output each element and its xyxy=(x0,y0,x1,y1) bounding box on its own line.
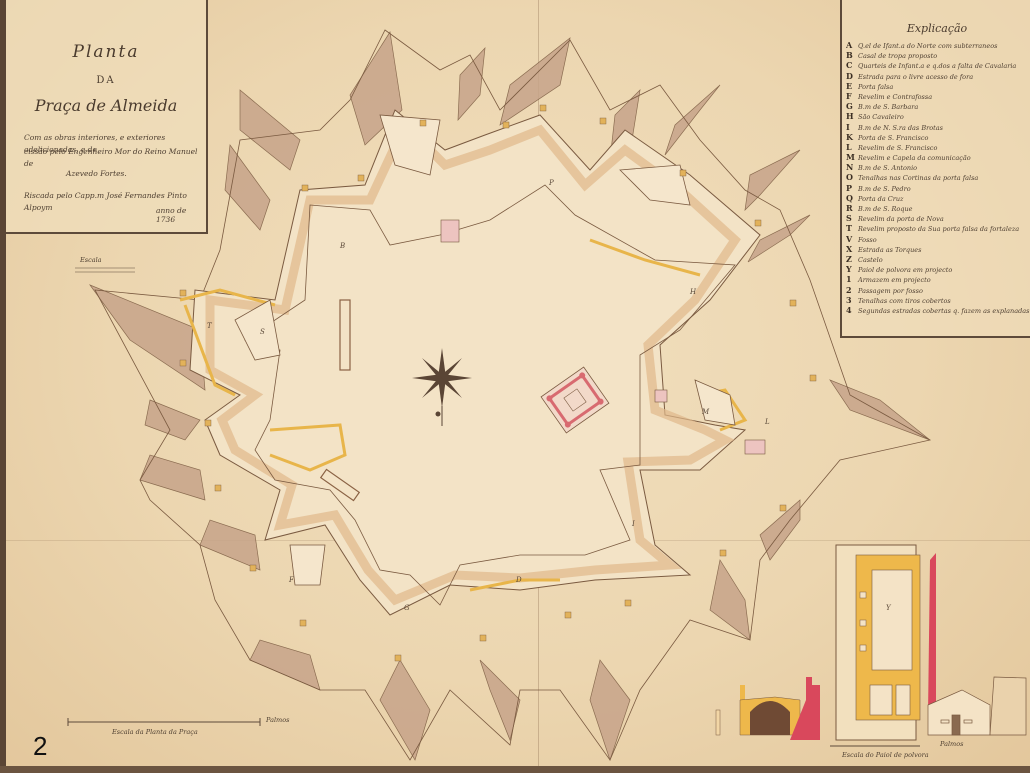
legend-item: OTenalhas nas Cortinas da porta falsa xyxy=(846,172,1030,182)
small-scale-label: Escala xyxy=(80,256,102,264)
legend-item: ZCastelo xyxy=(846,254,1030,264)
legend-item: 4Segundas estradas cobertas q. fazem as … xyxy=(846,305,1030,315)
legend-panel: Explicação AQ.el de Ifant.a do Norte com… xyxy=(840,0,1030,338)
main-scale-label: Escala da Planta da Praça xyxy=(112,728,198,736)
legend-item: HSão Cavaleiro xyxy=(846,111,1030,121)
map-label-h: H xyxy=(690,288,696,296)
legend-item: PB.m de S. Pedro xyxy=(846,183,1030,193)
title-praca: Praça de Almeida xyxy=(6,96,206,115)
sheet-edge-bottom xyxy=(0,766,1030,773)
legend-list: AQ.el de Ifant.a do Norte com subterrane… xyxy=(846,40,1030,315)
legend-item: LRevelim de S. Francisco xyxy=(846,142,1030,152)
powder-magazine-section xyxy=(716,677,820,740)
main-scale-bar xyxy=(68,718,260,726)
legend-item: BCasal de tropa proposto xyxy=(846,50,1030,60)
description-line: Azevedo Fortes. xyxy=(66,168,242,180)
powder-magazine-plan xyxy=(836,545,936,740)
legend-title: Explicação xyxy=(842,22,1030,35)
main-scale-units: Palmos xyxy=(266,716,289,724)
legend-item: VFosso xyxy=(846,234,1030,244)
legend-item: DEstrada para o livre acesso de fora xyxy=(846,71,1030,81)
inset-scale-label: Escala do Paiol de polvora xyxy=(842,751,929,759)
legend-item: CQuarteis de Infant.a e q.dos a falta de… xyxy=(846,60,1030,70)
date: anno de 1736 xyxy=(156,206,206,224)
legend-item: KPorta de S. Francisco xyxy=(846,132,1030,142)
legend-item: RB.m de S. Roque xyxy=(846,203,1030,213)
map-label-t: T xyxy=(207,322,212,330)
legend-item: SRevelim da porta de Nova xyxy=(846,213,1030,223)
legend-item: MRevelim e Capela da comunicação xyxy=(846,152,1030,162)
legend-item: QPorta da Cruz xyxy=(846,193,1030,203)
legend-item: NB.m de S. Antonio xyxy=(846,162,1030,172)
legend-item: AQ.el de Ifant.a do Norte com subterrane… xyxy=(846,40,1030,50)
legend-item: 2Passagem por fosso xyxy=(846,285,1030,295)
legend-item: EPorta falsa xyxy=(846,81,1030,91)
small-scale-bar xyxy=(75,268,135,272)
title-da: DA xyxy=(6,75,206,86)
inset-label-y: Y xyxy=(886,604,891,612)
title-planta: Planta xyxy=(6,42,206,62)
legend-item: 3Tenalhas com tiros cobertos xyxy=(846,295,1030,305)
legend-item: GB.m de S. Barbara xyxy=(846,101,1030,111)
page-number: 2 xyxy=(33,731,47,762)
inset-scale-units: Palmos xyxy=(940,740,963,748)
map-label-l: L xyxy=(765,418,770,426)
legend-item: IB.m de N. S.ra das Brotas xyxy=(846,122,1030,132)
legend-item: FRevelim e Contrafossa xyxy=(846,91,1030,101)
map-label-i: I xyxy=(632,520,635,528)
map-label-f: F xyxy=(289,576,294,584)
title-cartouche: Planta DA Praça de Almeida Com as obras … xyxy=(6,0,208,234)
map-label-g: G xyxy=(404,604,410,612)
legend-item: YPaiol de polvora em projecto xyxy=(846,264,1030,274)
description-line: cissão pelo Engenheiro Mor do Reino Manu… xyxy=(24,146,200,170)
map-label-d: D xyxy=(516,576,522,584)
map-label-b: B xyxy=(340,242,345,250)
legend-item: XEstrada as Torques xyxy=(846,244,1030,254)
map-label-m: M xyxy=(702,408,709,416)
map-label-s: S xyxy=(260,328,265,336)
map-label-p: P xyxy=(549,179,554,187)
powder-magazine-elevation xyxy=(928,677,1026,735)
legend-item: 1Armazem em projecto xyxy=(846,274,1030,284)
legend-item: TRevelim proposto da Sua porta falsa da … xyxy=(846,223,1030,233)
